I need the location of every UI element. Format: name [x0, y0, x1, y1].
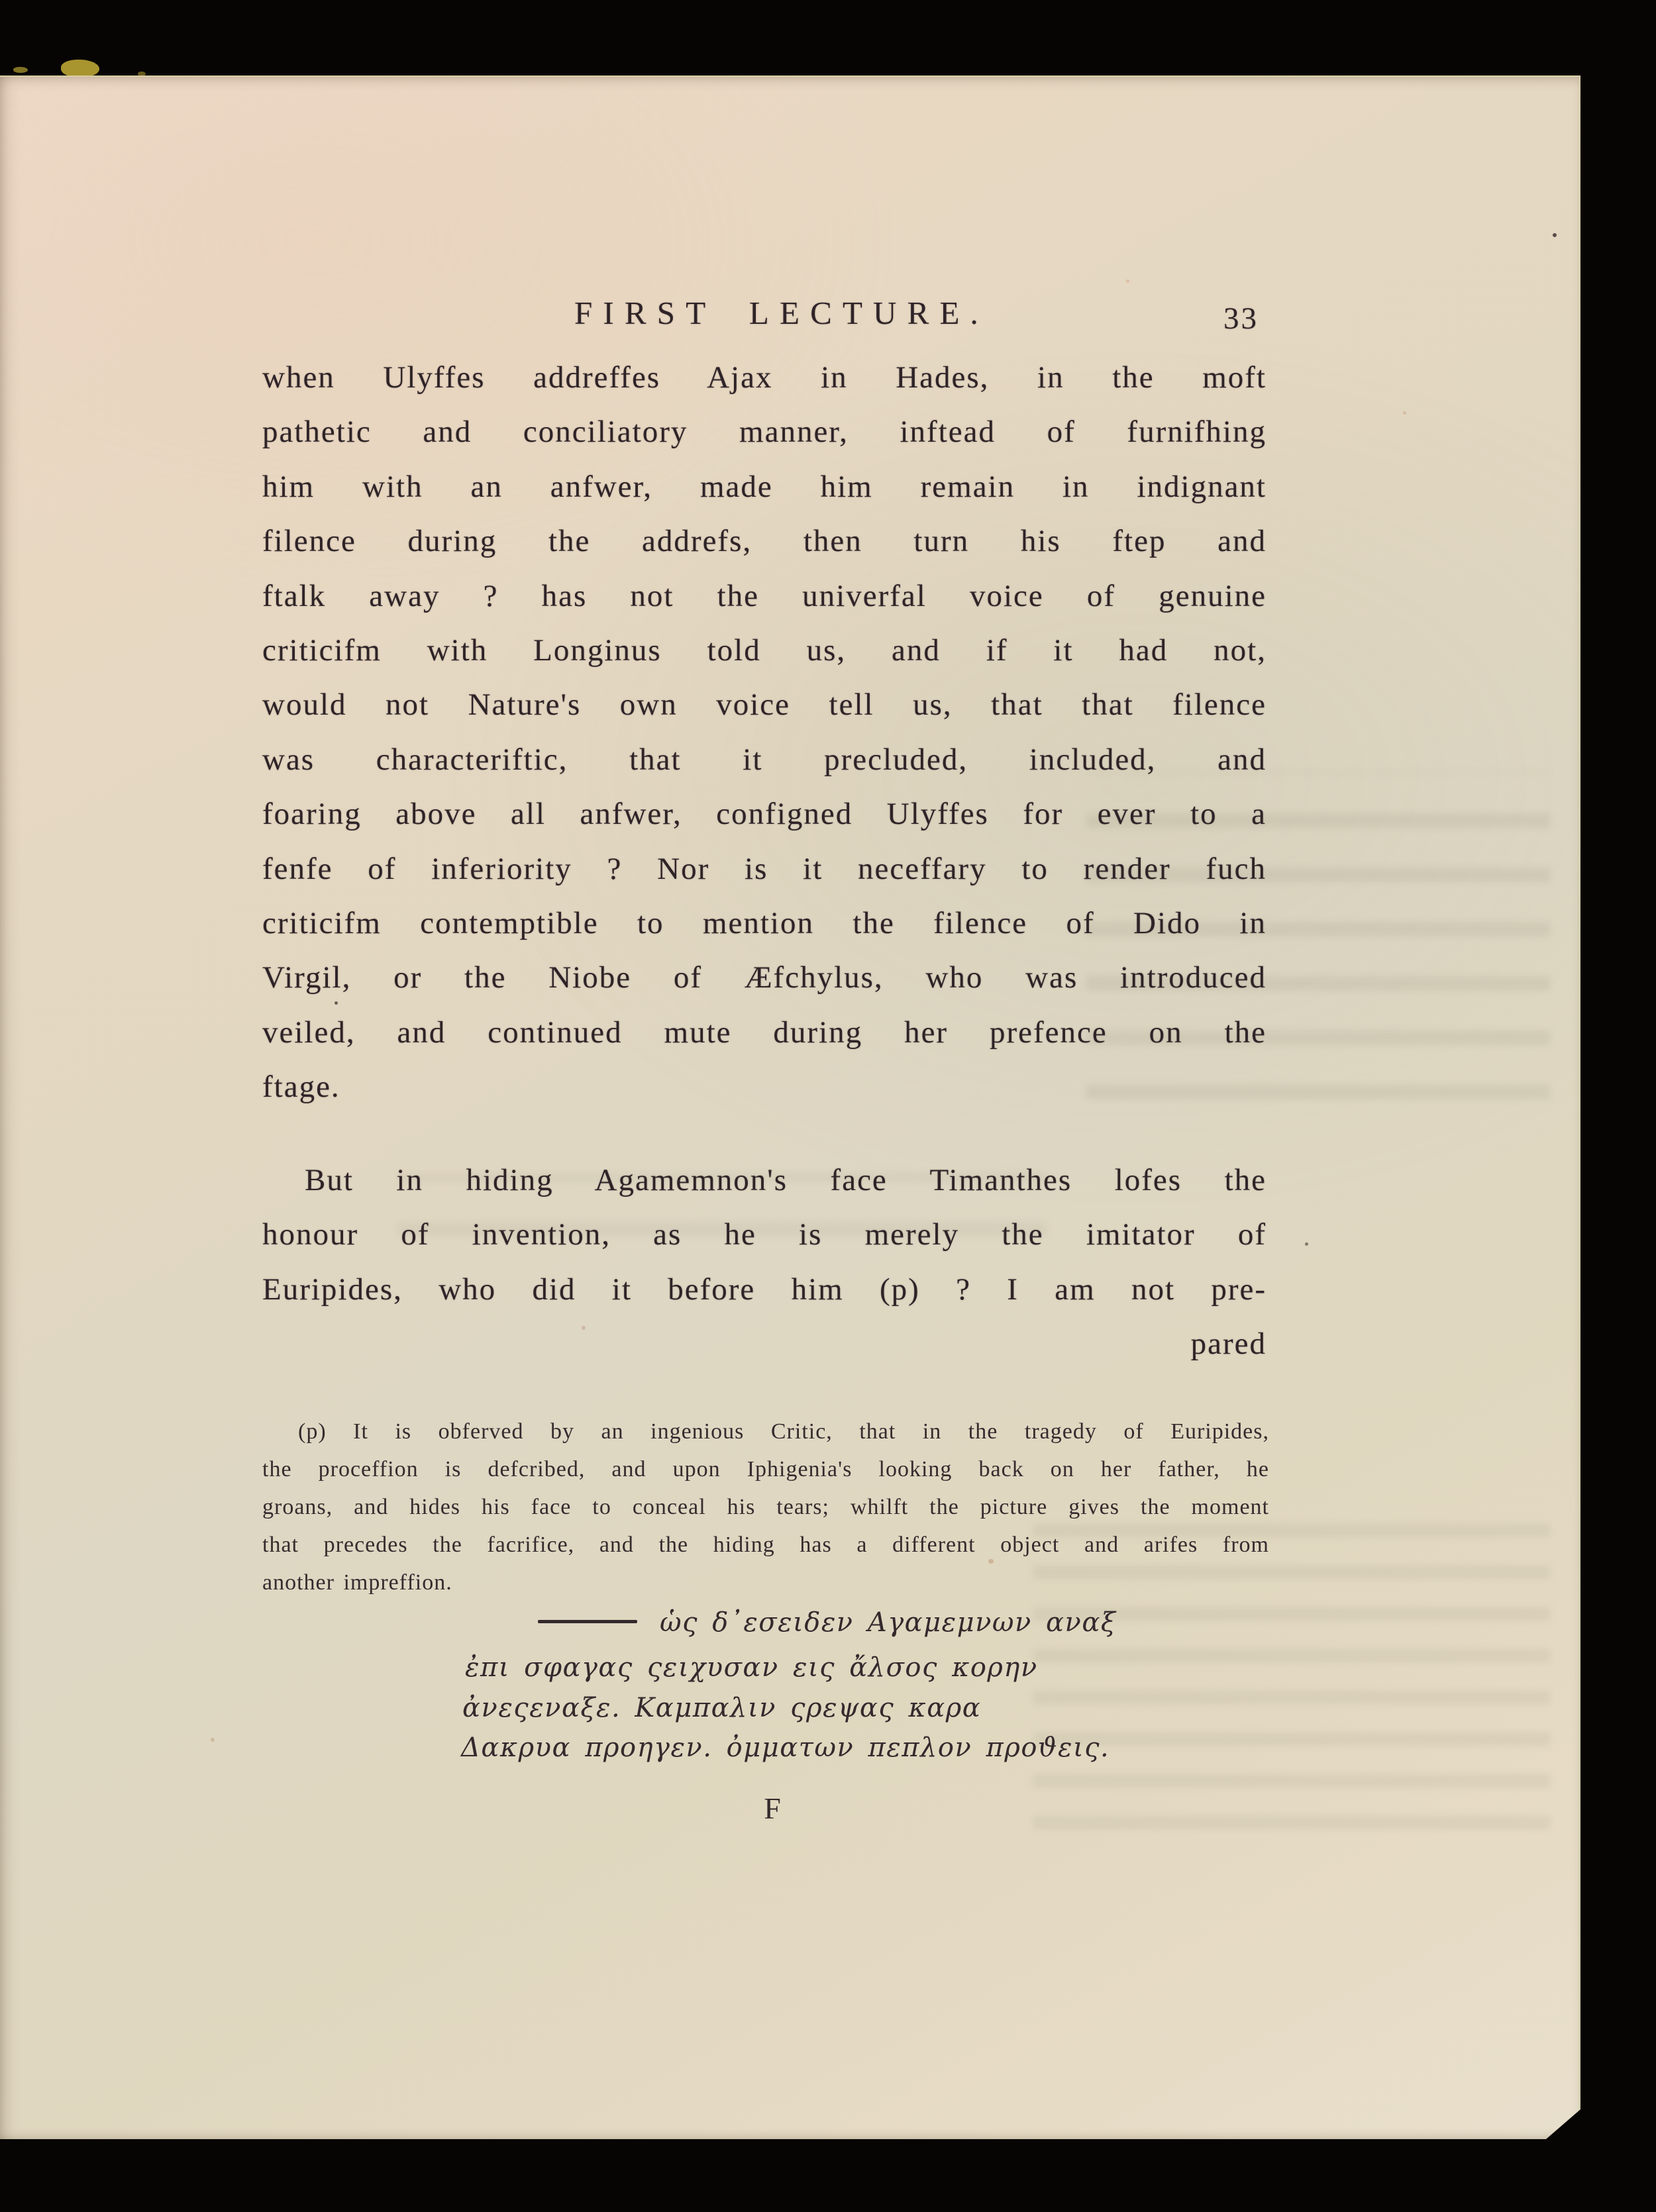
foxing-speck — [211, 1738, 215, 1742]
greek-verse-line: ἐπι σφαγας ςειχυσαν εις ἄλσος κορην — [465, 1652, 1038, 1683]
border-residue-mark — [138, 72, 146, 76]
body-line: filence during the addrefs, then turn hi… — [262, 514, 1267, 568]
greek-text: ὡς δ᾽εσειδεν Αγαμεμνων αναξ — [660, 1607, 1116, 1638]
body-line: veiled, and continued mute during her pr… — [262, 1005, 1267, 1060]
body-line: him with an anfwer, made him remain in i… — [262, 460, 1267, 514]
signature-mark: F — [727, 1791, 817, 1826]
ink-speck — [1305, 1242, 1308, 1246]
body-line: foaring above all anfwer, configned Ulyf… — [262, 787, 1267, 841]
paragraph-1: when Ulyffes addreffes Ajax in Hades, in… — [262, 350, 1267, 1115]
body-line: ftage. — [262, 1060, 1267, 1114]
ink-speck — [1553, 233, 1557, 237]
running-head: FIRST LECTURE. — [0, 294, 1563, 332]
greek-verse-line: ἀνεςεναξε. Καμπαλιν ςρεψας καρα — [462, 1693, 981, 1723]
body-line: would not Nature's own voice tell us, th… — [262, 678, 1267, 732]
page-number: 33 — [1223, 301, 1259, 336]
body-line: pathetic and conciliatory manner, inftea… — [262, 405, 1267, 459]
quote-rule — [538, 1620, 637, 1623]
footnote-line: groans, and hides his face to conceal hi… — [262, 1488, 1269, 1526]
border-residue-mark — [13, 67, 28, 73]
catchword: pared — [262, 1317, 1267, 1371]
body-line: Euripides, who did it before him (p) ? I… — [262, 1262, 1267, 1317]
border-residue-mark — [61, 60, 99, 77]
page: FIRST LECTURE. 33 when Ulyffes addreffes… — [0, 75, 1580, 2139]
body-line: honour of invention, as he is merely the… — [262, 1207, 1267, 1262]
body-line: But in hiding Agamemnon's face Timanthes… — [262, 1153, 1267, 1207]
body-line: criticifm with Longinus told us, and if … — [262, 623, 1267, 678]
greek-verse-line: Δακρυα προηγεν. ὀμματων πεπλον προϑεις. — [461, 1733, 1110, 1763]
scan-background: FIRST LECTURE. 33 when Ulyffes addreffes… — [0, 0, 1656, 2212]
body-line: was characteriftic, that it precluded, i… — [262, 732, 1267, 787]
footnote: (p) It is obferved by an ingenious Criti… — [262, 1413, 1269, 1601]
greek-verse-line: ὡς δ᾽εσειδεν Αγαμεμνων αναξ — [538, 1607, 1116, 1638]
footnote-line: (p) It is obferved by an ingenious Criti… — [262, 1413, 1269, 1450]
footnote-line: that precedes the facrifice, and the hid… — [262, 1526, 1269, 1564]
paragraph-2: But in hiding Agamemnon's face Timanthes… — [262, 1153, 1267, 1317]
footnote-line: the proceffion is defcribed, and upon Ip… — [262, 1450, 1269, 1488]
footnote-line: another impreffion. — [262, 1564, 1269, 1601]
body-line: fenfe of inferiority ? Nor is it neceffa… — [262, 842, 1267, 896]
foxing-speck — [1126, 279, 1129, 283]
body-line: criticifm contemptible to mention the fi… — [262, 896, 1267, 950]
foxing-speck — [1403, 411, 1406, 415]
body-line: Virgil, or the Niobe of Æfchylus, who wa… — [262, 950, 1267, 1005]
body-line: ftalk away ? has not the univerfal voice… — [262, 569, 1267, 623]
body-text: when Ulyffes addreffes Ajax in Hades, in… — [262, 350, 1267, 1371]
body-line: when Ulyffes addreffes Ajax in Hades, in… — [262, 350, 1267, 405]
